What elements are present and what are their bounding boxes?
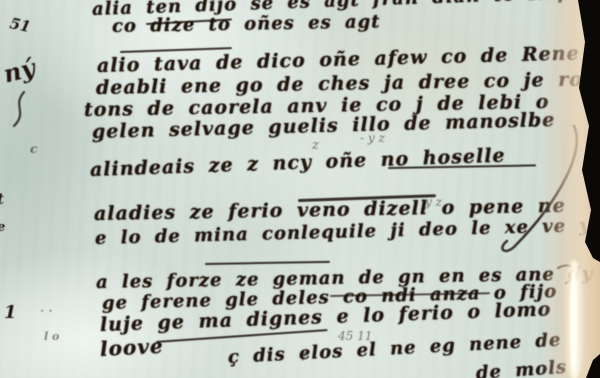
manuscript-photo: alia ten dijo se es agt fran dian te Rap… — [0, 0, 600, 378]
page-edge-shadow — [0, 0, 600, 378]
